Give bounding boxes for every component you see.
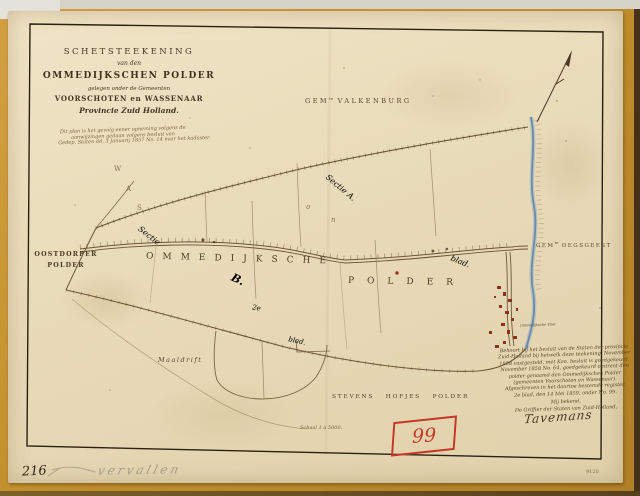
map-photo-stage: SCHETSTEEKENING van den OMMEDIJKSCHEN PO…: [0, 0, 640, 496]
inventory-number: 216: [22, 464, 48, 480]
pencil-note: vervallen: [96, 463, 183, 478]
title-subline: van den: [40, 61, 218, 68]
north-arrow-icon: [537, 50, 572, 122]
field-ditches: [150, 149, 436, 349]
label-stevenshofjes-polder: STEVENS HOFJES POLDER: [332, 394, 469, 400]
stamp-number: 99: [412, 424, 436, 448]
province-line: Provincie Zuid Holland.: [40, 107, 218, 115]
title-subline: gelegen onder de Gemeenten: [40, 86, 218, 92]
boundary-letter: W: [114, 166, 121, 174]
canal-bank-hatching: [537, 120, 541, 292]
polder-name-title: OMMEDIJKSCHEN POLDER: [40, 72, 218, 82]
label-blad2-prefix: 2e: [251, 304, 261, 313]
corner-number: 9120: [586, 470, 599, 476]
label-oostdorper-polder: OOSTDORPER POLDER: [28, 252, 104, 270]
ink-specks: [74, 67, 601, 391]
boundary-letter: A: [126, 186, 131, 194]
tree-marks: [201, 238, 448, 252]
boundary-letter: n: [331, 217, 336, 225]
boundary-letter: o: [306, 204, 310, 212]
title-block: SCHETSTEEKENING van den OMMEDIJKSCHEN PO…: [40, 48, 218, 115]
map-title: SCHETSTEEKENING: [40, 48, 218, 57]
second-sheet-parcel: [214, 331, 330, 399]
label-gem-valkenburg: GEMte VALKENBURG: [305, 97, 412, 105]
municipalities-line: VOORSCHOTEN en WASSENAAR: [40, 95, 218, 103]
paper-crease: [326, 26, 330, 455]
pencil-flourish: [48, 467, 95, 476]
canal: [526, 117, 541, 349]
red-farm-dot: [395, 271, 398, 274]
buildings-cluster: [489, 286, 518, 348]
label-maaldrift: Maaldrift: [158, 357, 202, 364]
boundary-letter: S: [137, 205, 142, 213]
scale-note: Schaal 1 à 5000.: [300, 426, 342, 432]
label-polder-word: POLDER: [348, 277, 466, 289]
archival-annotation: Behoort bij het besluit van de Staten de…: [493, 344, 637, 415]
label-gem-oegstgeest: GEMte OEGSGEEST: [536, 241, 612, 249]
stamp-99: 99: [391, 415, 457, 456]
